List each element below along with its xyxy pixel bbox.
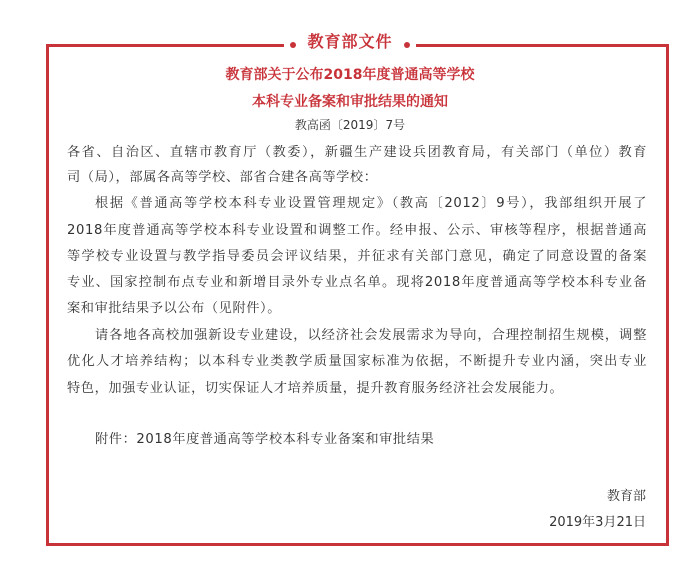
document-title-line2: 本科专业备案和审批结果的通知	[0, 91, 700, 111]
body-line: 优化人才培养结构；以本科专业类教学质量国家标准为依据，不断提升专业内涵，突出专业	[67, 352, 647, 372]
body-line: 案和审批结果予以公布（见附件）。	[67, 299, 647, 319]
body-line: 各省、自治区、直辖市教育厅（教委），新疆生产建设兵团教育局，有关部门（单位）教育	[67, 143, 647, 163]
frame-header: 教育部文件	[0, 31, 700, 55]
signature: 教育部	[607, 485, 646, 504]
document-title-line1: 教育部关于公布2018年度普通高等学校	[0, 64, 700, 84]
dot-icon	[290, 42, 296, 48]
body-line: 等学校专业设置与教学指导委员会评议结果，并征求有关部门意见，确定了同意设置的备案	[67, 247, 647, 267]
body-line: 司（局），部属各高等学校、部省合建各高等学校：	[67, 168, 647, 188]
dot-icon	[404, 42, 410, 48]
body-line: 根据《普通高等学校本科专业设置管理规定》（教高〔2012〕9号），我部组织开展了	[67, 194, 647, 214]
document-number: 教高函〔2019〕7号	[0, 116, 700, 133]
body-line: 专业、国家控制布点专业和新增目录外专业点名单。现将2018年度普通高等学校本科专…	[67, 273, 647, 293]
body-line: 2018年度普通高等学校本科专业设置和调整工作。经申报、公示、审核等程序，根据普…	[67, 221, 647, 241]
attachment-line: 附件：2018年度普通高等学校本科专业备案和审批结果	[67, 430, 647, 450]
frame-header-inner: 教育部文件	[284, 31, 415, 55]
header-title: 教育部文件	[301, 32, 398, 51]
body-line: 特色，加强专业认证，切实保证人才培养质量，提升教育服务经济社会发展能力。	[67, 379, 647, 399]
date: 2019年3月21日	[549, 511, 646, 530]
body-line: 请各地各高校加强新设专业建设，以经济社会发展需求为导向，合理控制招生规模，调整	[67, 326, 647, 346]
